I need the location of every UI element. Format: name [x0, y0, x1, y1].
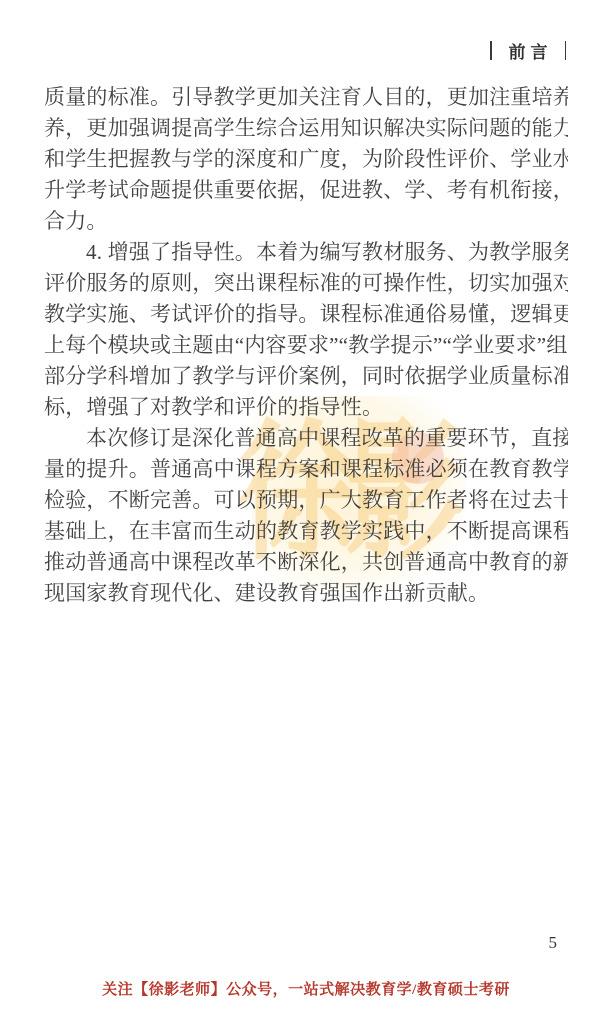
- body-line: 本次修订是深化普通高中课程改革的重要环节，直接关系育人质: [44, 423, 568, 454]
- body-line: 现国家教育现代化、建设教育强国作出新贡献。: [44, 578, 568, 609]
- body-line: 养，更加强调提高学生综合运用知识解决实际问题的能力，帮助教师: [44, 113, 568, 144]
- page-number: 5: [549, 933, 558, 953]
- body-line: 质量的标准。引导教学更加关注育人目的，更加注重培养学生核心素: [44, 82, 568, 113]
- body-line: 部分学科增加了教学与评价案例，同时依据学业质量标准细化评价目: [44, 361, 568, 392]
- body-line: 和学生把握教与学的深度和广度，为阶段性评价、学业水平考试和: [44, 144, 568, 175]
- document-page: 前言 徐影 质量的标准。引导教学更加关注育人目的，更加注重培养学生核心素 养，更…: [0, 0, 612, 1022]
- header-right-bar: [565, 41, 567, 60]
- body-line: 上每个模块或主题由“内容要求”“教学提示”“学业要求”组成，大: [44, 330, 568, 361]
- header-left-bar: [490, 41, 492, 60]
- body-line: 合力。: [44, 206, 568, 237]
- body-line: 基础上，在丰富而生动的教育教学实践中，不断提高课程实施水平，: [44, 516, 568, 547]
- body-line: 4. 增强了指导性。本着为编写教材服务、为教学服务、为考试: [44, 237, 568, 268]
- body-text: 质量的标准。引导教学更加关注育人目的，更加注重培养学生核心素 养，更加强调提高学…: [44, 82, 568, 609]
- body-line: 推动普通高中课程改革不断深化，共创普通高中教育的新辉煌，为实: [44, 547, 568, 578]
- footer-note: 关注【徐影老师】公众号，一站式解决教育学/教育硕士考研: [0, 978, 612, 999]
- running-head: 前言: [490, 38, 566, 63]
- body-line: 标，增强了对教学和评价的指导性。: [44, 392, 568, 423]
- chapter-title: 前言: [504, 38, 553, 63]
- body-line: 检验，不断完善。可以预期，广大教育工作者将在过去十余年改革的: [44, 485, 568, 516]
- body-line: 评价服务的原则，突出课程标准的可操作性，切实加强对教材编写、: [44, 268, 568, 299]
- body-line: 量的提升。普通高中课程方案和课程标准必须在教育教学实践中接受: [44, 454, 568, 485]
- body-line: 升学考试命题提供重要依据，促进教、学、考有机衔接，形成育人: [44, 175, 568, 206]
- body-line: 教学实施、考试评价的指导。课程标准通俗易懂，逻辑更清晰，原则: [44, 299, 568, 330]
